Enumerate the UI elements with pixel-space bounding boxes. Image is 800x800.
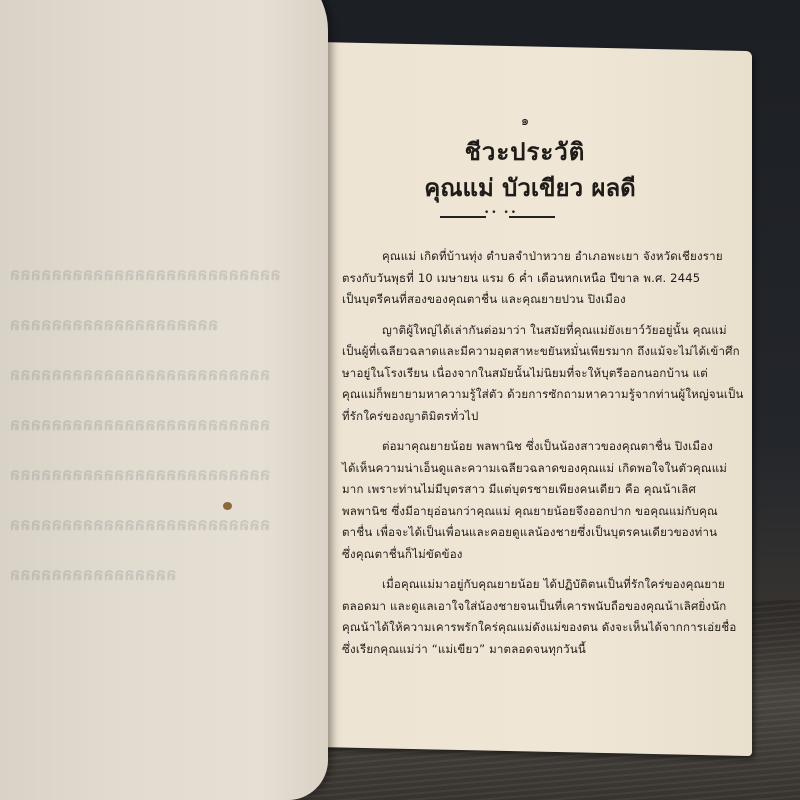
- page-number: ๑: [312, 110, 738, 132]
- text-line: ได้เห็นความน่าเอ็นดูและความเฉลียวฉลาดของ…: [342, 458, 738, 480]
- paragraph-4: เมื่อคุณแม่มาอยู่กับคุณยายน้อย ได้ปฏิบัต…: [342, 574, 738, 660]
- text-line: ตรงกับวันพุธที่ 10 เมษายน แรม 6 ค่ำ เดือ…: [342, 268, 738, 290]
- bleed-line: ลลลลลลลลลลลลลลลลลลลล: [10, 300, 310, 350]
- ornament-divider: •• ••: [440, 214, 555, 220]
- text-line: ซึ่งเรียกคุณแม่ว่า “แม่เขียว” มาตลอดจนทุ…: [342, 639, 738, 661]
- bleed-line: ลลลลลลลลลลลลลลลลลลลลลลลลล: [10, 400, 310, 450]
- paper-stain: [223, 502, 232, 510]
- left-book-page: ลลลลลลลลลลลลลลลลลลลลลลลลลล ลลลลลลลลลลลลล…: [0, 0, 328, 800]
- text-line: เมื่อคุณแม่มาอยู่กับคุณยายน้อย ได้ปฏิบัต…: [342, 574, 738, 596]
- text-line: ตาชื่น เพื่อจะได้เป็นเพื่อนและคอยดูแลน้อ…: [342, 522, 738, 544]
- ornament-dots: •• ••: [484, 208, 518, 218]
- text-line: ซึ่งคุณตาชื่นก็ไม่ขัดข้อง: [342, 544, 738, 566]
- text-line: ษาอยู่ในโรงเรียน เนื่องจากในสมัยนั้นไม่น…: [342, 363, 738, 385]
- text-line: เป็นผู้ที่เฉลียวฉลาดและมีความอุตสาหะขยัน…: [342, 341, 738, 363]
- paragraph-2: ญาติผู้ใหญ่ได้เล่ากันต่อมาว่า ในสมัยที่ค…: [342, 320, 738, 428]
- bleed-line: ลลลลลลลลลลลลลลลลลลลลลลลลล: [10, 350, 310, 400]
- paragraph-1: คุณแม่ เกิดที่บ้านทุ่ง ตำบลจำป่าหวาย อำเ…: [342, 246, 738, 311]
- page-title: ชีวะประวัติ: [312, 132, 738, 168]
- bleed-line: ลลลลลลลลลลลลลลลล: [10, 550, 310, 600]
- body-text: คุณแม่ เกิดที่บ้านทุ่ง ตำบลจำป่าหวาย อำเ…: [342, 246, 738, 660]
- page-subtitle-name: คุณแม่ บัวเขียว ผลดี: [322, 168, 738, 206]
- text-line: คุณแม่ เกิดที่บ้านทุ่ง ตำบลจำป่าหวาย อำเ…: [342, 246, 738, 268]
- text-line: มาก เพราะท่านไม่มีบุตรสาว มีแต่บุตรชายเพ…: [342, 479, 738, 501]
- bleed-line: ลลลลลลลลลลลลลลลลลลลลลลลลล: [10, 500, 310, 550]
- text-line: ต่อมาคุณยายน้อย พลพานิช ซึ่งเป็นน้องสาวข…: [342, 436, 738, 458]
- text-line: เป็นบุตรีคนที่สองของคุณตาชื่น และคุณยายป…: [342, 289, 738, 311]
- text-line: พลพานิช ซึ่งมีอายุอ่อนกว่าคุณแม่ คุณยายน…: [342, 501, 738, 523]
- text-line: ญาติผู้ใหญ่ได้เล่ากันต่อมาว่า ในสมัยที่ค…: [342, 320, 738, 342]
- bleed-line: ลลลลลลลลลลลลลลลลลลลลลลลลลล: [10, 250, 310, 300]
- text-line: ตลอดมา และดูแลเอาใจใส่น้องชายจนเป็นที่เค…: [342, 596, 738, 618]
- text-line: ที่รักใคร่ของญาติมิตรทั่วไป: [342, 406, 738, 428]
- paragraph-3: ต่อมาคุณยายน้อย พลพานิช ซึ่งเป็นน้องสาวข…: [342, 436, 738, 565]
- bleed-through-text: ลลลลลลลลลลลลลลลลลลลลลลลลลล ลลลลลลลลลลลลล…: [10, 250, 310, 600]
- text-line: คุณแม่ก็พยายามหาความรู้ใส่ตัว ด้วยการซัก…: [342, 384, 738, 406]
- text-line: คุณน้าได้ให้ความเคารพรักใคร่คุณแม่ดังแม่…: [342, 617, 738, 639]
- right-page-text: ๑ ชีวะประวัติ คุณแม่ บัวเขียว ผลดี •• ••…: [342, 110, 738, 660]
- bleed-line: ลลลลลลลลลลลลลลลลลลลลลลลลล: [10, 450, 310, 500]
